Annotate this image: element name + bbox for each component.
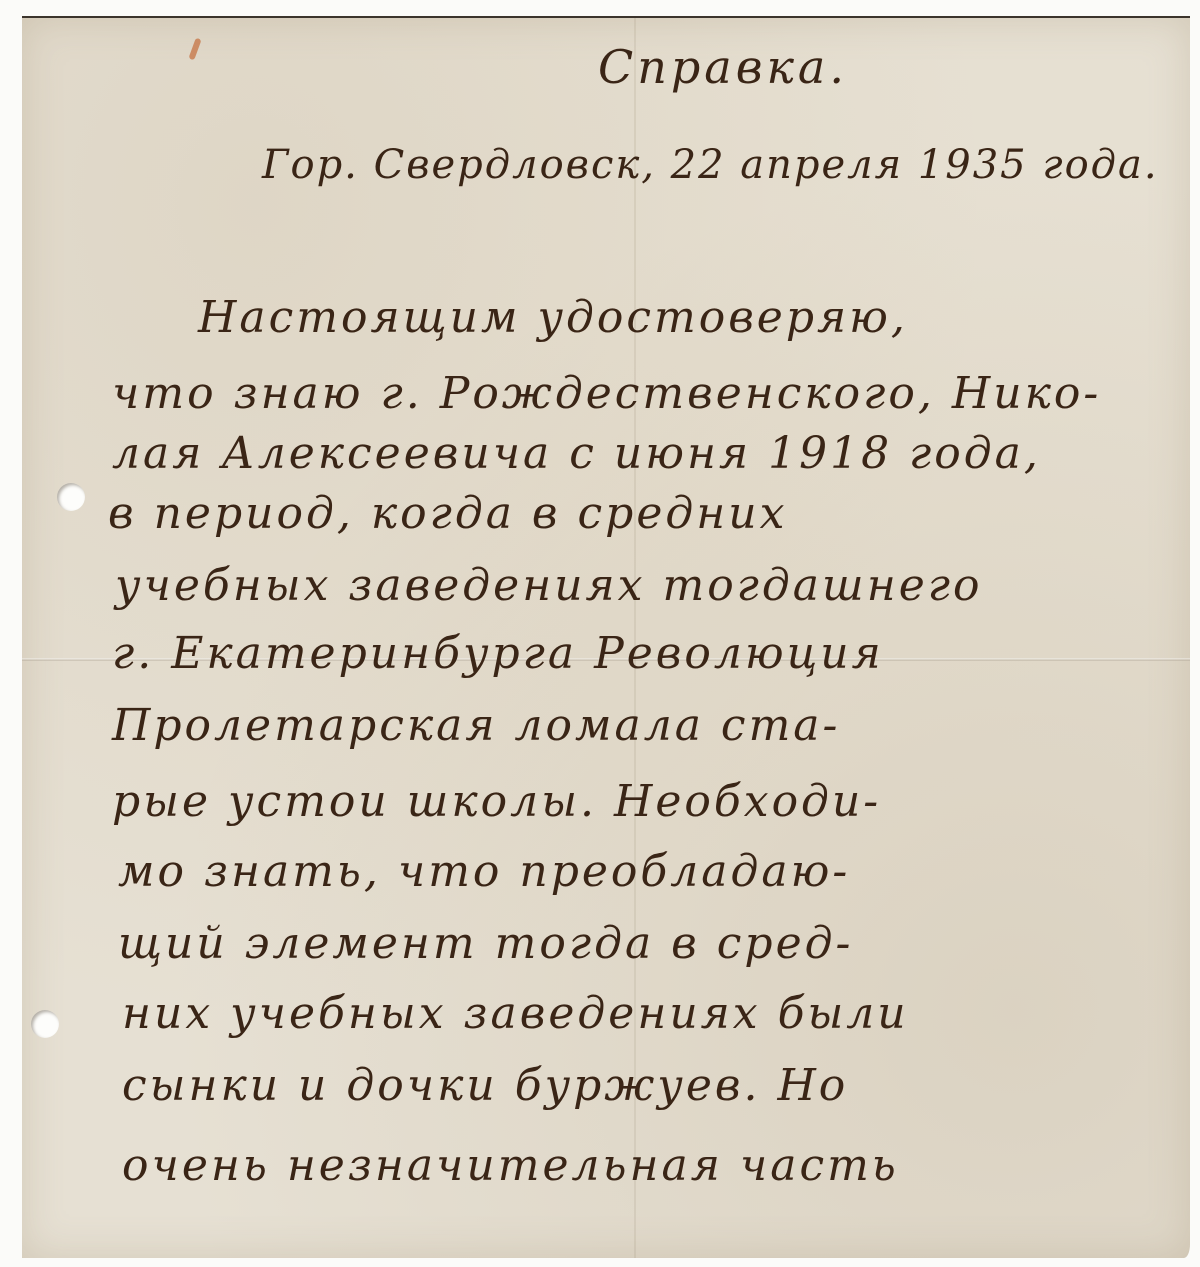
body-line-1: Настоящим удостоверяю, xyxy=(198,292,908,343)
body-line-12: сынки и дочки буржуев. Но xyxy=(122,1060,848,1111)
punch-hole-upper xyxy=(57,483,85,511)
document-title: Справка. xyxy=(598,40,848,94)
body-line-9: мо знать, что преобладаю- xyxy=(118,846,850,897)
body-line-2: что знаю г. Рождественского, Нико- xyxy=(112,368,1101,419)
body-line-11: них учебных заведениях были xyxy=(122,988,909,1039)
body-line-8: рые устои школы. Необходи- xyxy=(112,776,881,827)
body-line-13: очень незначительная часть xyxy=(122,1140,899,1191)
body-line-7: Пролетарская ломала ста- xyxy=(112,700,840,751)
body-line-6: г. Екатеринбурга Революция xyxy=(112,628,884,679)
body-line-5: учебных заведениях тогдашнего xyxy=(115,560,982,611)
body-line-10: щий элемент тогда в сред- xyxy=(118,918,853,969)
body-line-3: лая Алексеевича с июня 1918 года, xyxy=(112,428,1041,479)
ink-stain-mark xyxy=(188,38,201,61)
place-and-date: Гор. Свердловск, 22 апреля 1935 года. xyxy=(262,142,1159,188)
body-line-4: в период, когда в средних xyxy=(108,488,787,539)
punch-hole-lower xyxy=(31,1010,59,1038)
